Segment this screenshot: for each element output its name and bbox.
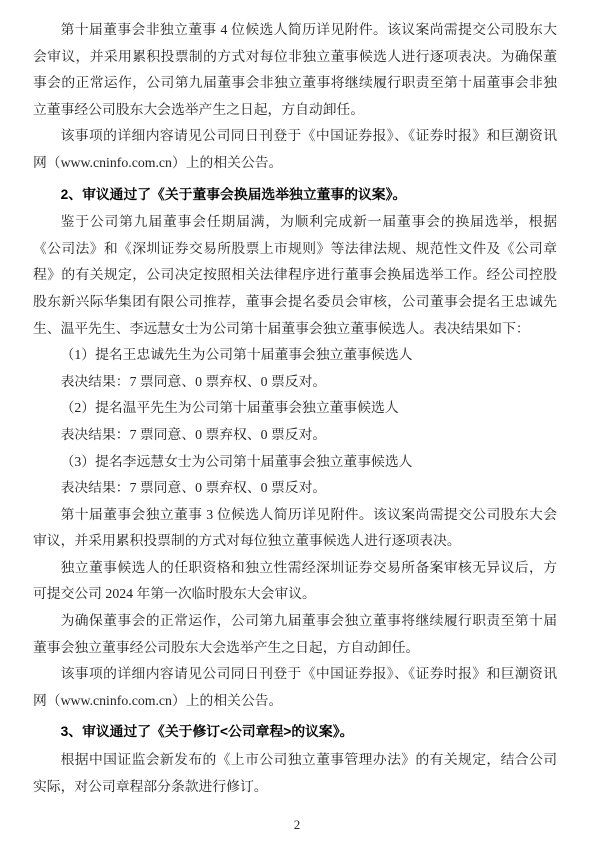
paragraph-indep-continuation: 为确保董事会的正常运作，公司第九届董事会独立董事将继续履行职责至第十届董事会独立… — [33, 608, 557, 661]
paragraph-indep-announcement: 该事项的详细内容请见公司同日刊登于《中国证券报》、《证券时报》和巨潮资讯网（ww… — [33, 661, 557, 714]
paragraph-nominee-2: （2）提名温平先生为公司第十届董事会独立董事候选人 — [33, 395, 557, 422]
paragraph-vote-result-3: 表决结果：7 票同意、0 票弃权、0 票反对。 — [33, 475, 557, 502]
paragraph-nonindep-candidates: 第十届董事会非独立董事 4 位候选人简历详见附件。该议案尚需提交公司股东大会审议… — [33, 17, 557, 123]
paragraph-vote-result-2: 表决结果：7 票同意、0 票弃权、0 票反对。 — [33, 422, 557, 449]
resolution-3-heading: 3、审议通过了《关于修订<公司章程>的议案》。 — [33, 719, 557, 746]
page-number: 2 — [0, 817, 594, 833]
resolution-2-heading: 2、审议通过了《关于董事会换届选举独立董事的议案》。 — [33, 182, 557, 209]
paragraph-vote-result-1: 表决结果：7 票同意、0 票弃权、0 票反对。 — [33, 369, 557, 396]
paragraph-nominee-1: （1）提名王忠诚先生为公司第十届董事会独立董事候选人 — [33, 342, 557, 369]
paragraph-indep-candidates: 第十届董事会独立董事 3 位候选人简历详见附件。该议案尚需提交公司股东大会审议，… — [33, 502, 557, 555]
paragraph-nominee-3: （3）提名李远慧女士为公司第十届董事会独立董事候选人 — [33, 449, 557, 476]
paragraph-charter-amendment: 根据中国证监会新发布的《上市公司独立董事管理办法》的有关规定，结合公司实际，对公… — [33, 747, 557, 800]
paragraph-indep-nomination: 鉴于公司第九届董事会任期届满，为顺利完成新一届董事会的换届选举，根据《公司法》和… — [33, 209, 557, 342]
paragraph-indep-qualification: 独立董事候选人的任职资格和独立性需经深圳证券交易所备案审核无异议后，方可提交公司… — [33, 555, 557, 608]
paragraph-nonindep-announcement: 该事项的详细内容请见公司同日刊登于《中国证券报》、《证券时报》和巨潮资讯网（ww… — [33, 123, 557, 176]
document-page-body: 第十届董事会非独立董事 4 位候选人简历详见附件。该议案尚需提交公司股东大会审议… — [33, 17, 557, 800]
